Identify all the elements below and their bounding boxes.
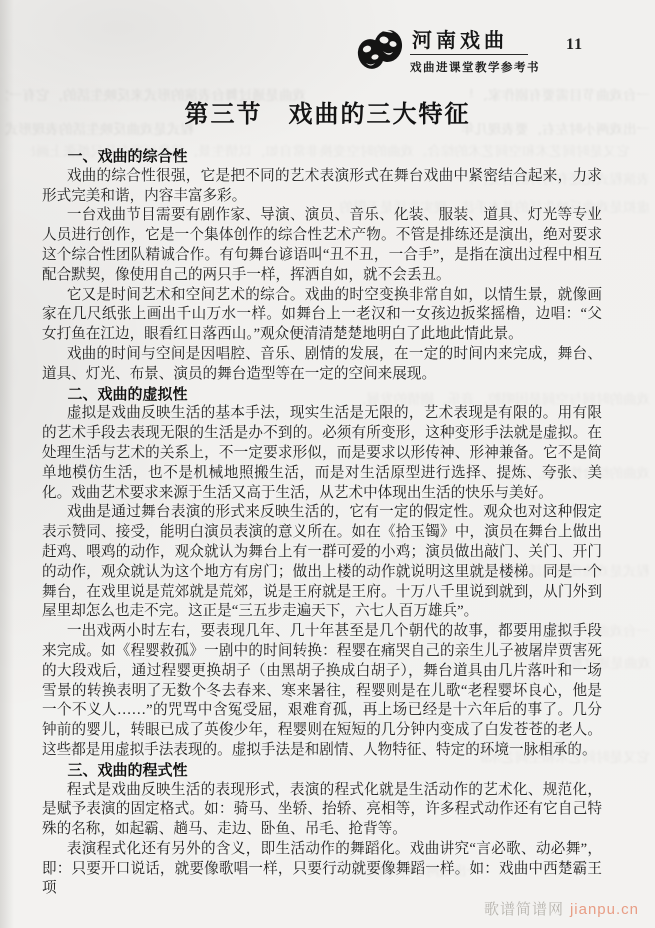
paragraph: 它又是时间艺术和空间艺术的综合。戏曲的时空变换非常自如，以情生景，就像画家在几尺… bbox=[42, 286, 602, 345]
paragraph: 虚拟是戏曲反映生活的基本手法，现实生活是无限的，艺术表现是有限的。用有限的艺术手… bbox=[42, 404, 602, 503]
section-heading-2: 二、戏曲的虚拟性 bbox=[42, 385, 602, 405]
paragraph: 表演程式化还有另外的含义，即生活动作的舞蹈化。戏曲讲究“言必歌、动必舞”，即：只… bbox=[42, 840, 602, 899]
paragraph: 戏曲是通过舞台表演的形式来反映生活的，它有一定的假定性。观众也对这种假定表示赞同… bbox=[42, 503, 602, 622]
paragraph: 戏曲的时间与空间是因唱腔、音乐、剧情的发展，在一定的时间内来完成，舞台、道具、灯… bbox=[42, 345, 602, 385]
section-heading-3: 三、戏曲的程式性 bbox=[42, 761, 602, 781]
watermark: 歌谱简谱网jianpu.cn bbox=[484, 898, 639, 919]
brand-title: 河南戏曲 bbox=[410, 27, 540, 54]
paragraph: 程式是戏曲反映生活的表现形式，表演的程式化就是生活动作的艺术化、规范化，是赋予表… bbox=[42, 781, 602, 840]
brand-subtitle: 戏曲进课堂教学参考书 bbox=[410, 55, 540, 75]
paragraph: 一出戏两小时左右，要表现几年、几十年甚至是几个朝代的故事，都要用虚拟手段来完成。… bbox=[42, 622, 602, 761]
section-heading-1: 一、戏曲的综合性 bbox=[42, 147, 602, 167]
page-header: 河南戏曲 戏曲进课堂教学参考书 bbox=[356, 27, 540, 75]
opera-masks-icon bbox=[356, 27, 404, 73]
page-title: 第三节 戏曲的三大特征 bbox=[0, 94, 655, 129]
watermark-site-url: jianpu.cn bbox=[570, 901, 639, 918]
watermark-site-name: 歌谱简谱网 bbox=[484, 901, 564, 918]
page-number: 11 bbox=[566, 36, 583, 54]
book-page: 戏曲是通过舞台表演的形式来反映生活的，它有一定的假定性。观众也对这种假定表示赞同… bbox=[0, 0, 655, 928]
paragraph: 一台戏曲节目需要有剧作家、导演、演员、音乐、化装、服装、道具、灯光等专业人员进行… bbox=[42, 206, 602, 285]
paragraph: 戏曲的综合性很强，它是把不同的艺术表演形式在舞台戏曲中紧密结合起来，力求形式完美… bbox=[42, 167, 602, 207]
brand-block: 河南戏曲 戏曲进课堂教学参考书 bbox=[410, 27, 540, 75]
document-body: 一、戏曲的综合性 戏曲的综合性很强，它是把不同的艺术表演形式在舞台戏曲中紧密结合… bbox=[42, 147, 602, 899]
